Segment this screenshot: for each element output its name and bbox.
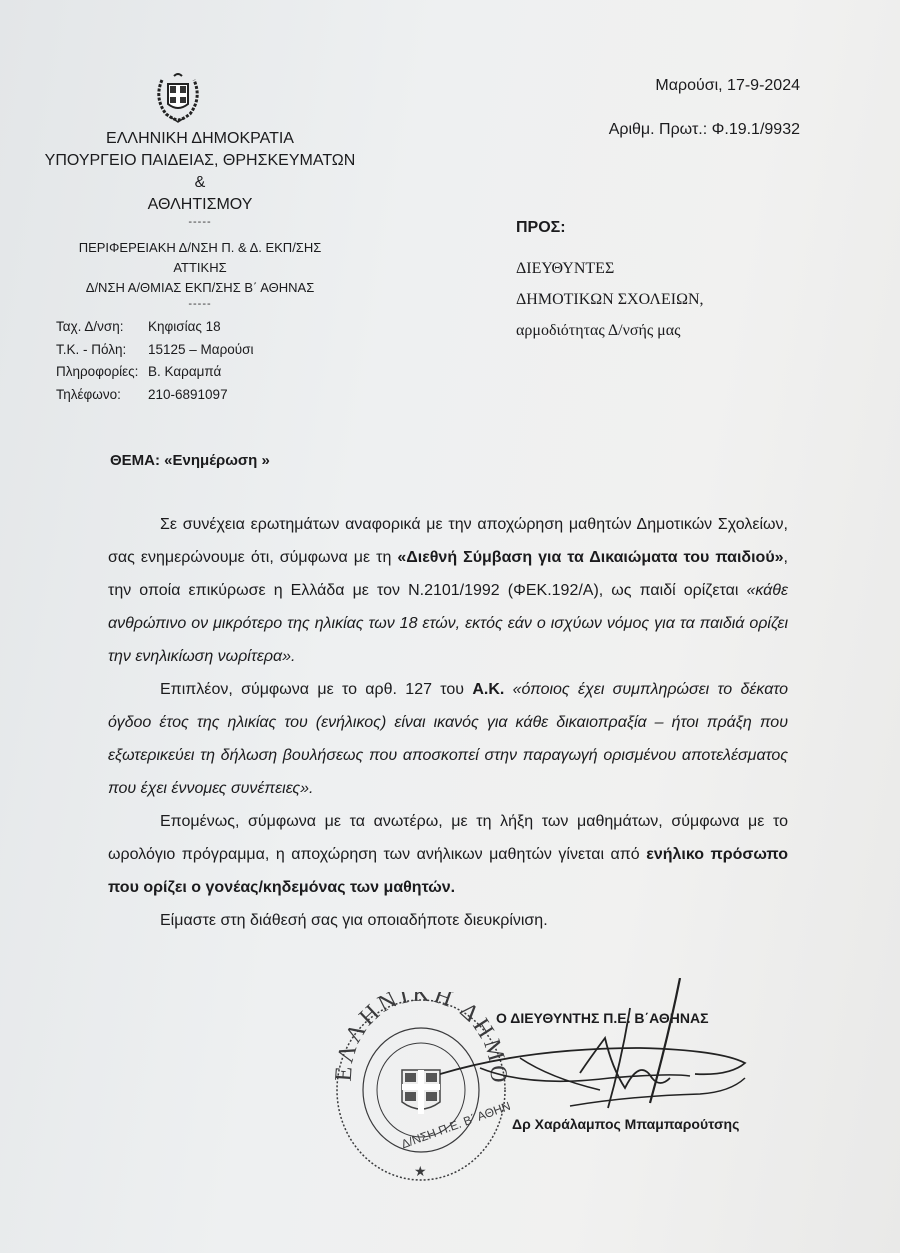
paragraph-1: Σε συνέχεια ερωτημάτων αναφορικά με την … xyxy=(108,508,788,673)
contact-row-phone: Τηλέφωνο:210-6891097 xyxy=(56,384,254,407)
paragraph-3: Επομένως, σύμφωνα με τα ανωτέρω, με τη λ… xyxy=(108,805,788,904)
letter-body: Σε συνέχεια ερωτημάτων αναφορικά με την … xyxy=(108,508,788,937)
header-ministry-cont: ΑΘΛΗΤΙΣΜΟΥ xyxy=(40,194,360,216)
letter-meta: Μαρούσι, 17-9-2024 Αριθμ. Πρωτ.: Φ.19.1/… xyxy=(560,74,800,142)
recipient-line: ΔΙΕΥΘΥΝΤΕΣ xyxy=(516,253,704,284)
place-date: Μαρούσι, 17-9-2024 xyxy=(560,74,800,98)
recipient-block: ΠΡΟΣ: ΔΙΕΥΘΥΝΤΕΣ ΔΗΜΟΤΙΚΩΝ ΣΧΟΛΕΙΩΝ, αρμ… xyxy=(516,215,704,346)
recipient-line: αρμοδιότητας Δ/νσής μας xyxy=(516,315,704,346)
header-regional-directorate: ΠΕΡΙΦΕΡΕΙΑΚΗ Δ/ΝΣΗ Π. & Δ. ΕΚΠ/ΣΗΣ xyxy=(40,238,360,258)
header-separator-2: ----- xyxy=(40,298,360,310)
recipient-label: ΠΡΟΣ: xyxy=(516,215,704,241)
greek-coat-of-arms-icon xyxy=(152,70,204,124)
header-ministry: ΥΠΟΥΡΓΕΙΟ ΠΑΙΔΕΙΑΣ, ΘΡΗΣΚΕΥΜΑΤΩΝ & xyxy=(40,150,360,194)
contact-row-address: Ταχ. Δ/νση:Κηφισίας 18 xyxy=(56,316,254,339)
svg-text:★: ★ xyxy=(414,1163,427,1179)
header-region: ΑΤΤΙΚΗΣ xyxy=(40,258,360,278)
paragraph-4: Είμαστε στη διάθεσή σας για οποιαδήποτε … xyxy=(108,904,788,937)
issuer-header: ΕΛΛΗΝΙΚΗ ΔΗΜΟΚΡΑΤΙΑ ΥΠΟΥΡΓΕΙΟ ΠΑΙΔΕΙΑΣ, … xyxy=(40,128,360,310)
recipient-line: ΔΗΜΟΤΙΚΩΝ ΣΧΟΛΕΙΩΝ, xyxy=(516,284,704,315)
contact-row-info: Πληροφορίες:Β. Καραμπά xyxy=(56,361,254,384)
contact-block: Ταχ. Δ/νση:Κηφισίας 18 Τ.Κ. - Πόλη:15125… xyxy=(56,316,254,406)
paragraph-2: Επιπλέον, σύμφωνα με το αρθ. 127 του Α.Κ… xyxy=(108,673,788,805)
protocol-number: Αριθμ. Πρωτ.: Φ.19.1/9932 xyxy=(560,118,800,142)
header-directorate: Δ/ΝΣΗ Α/ΘΜΙΑΣ ΕΚΠ/ΣΗΣ Β΄ ΑΘΗΝΑΣ xyxy=(40,278,360,298)
contact-row-postal: Τ.Κ. - Πόλη:15125 – Μαρούσι xyxy=(56,339,254,362)
header-republic: ΕΛΛΗΝΙΚΗ ΔΗΜΟΚΡΑΤΙΑ xyxy=(40,128,360,150)
handwritten-signature-icon xyxy=(440,978,790,1118)
signatory-name: Δρ Χαράλαμπος Μπαμπαρούτσης xyxy=(512,1116,739,1132)
subject-line: ΘΕΜΑ: «Ενημέρωση » xyxy=(110,452,270,469)
header-separator: ----- xyxy=(40,216,360,228)
